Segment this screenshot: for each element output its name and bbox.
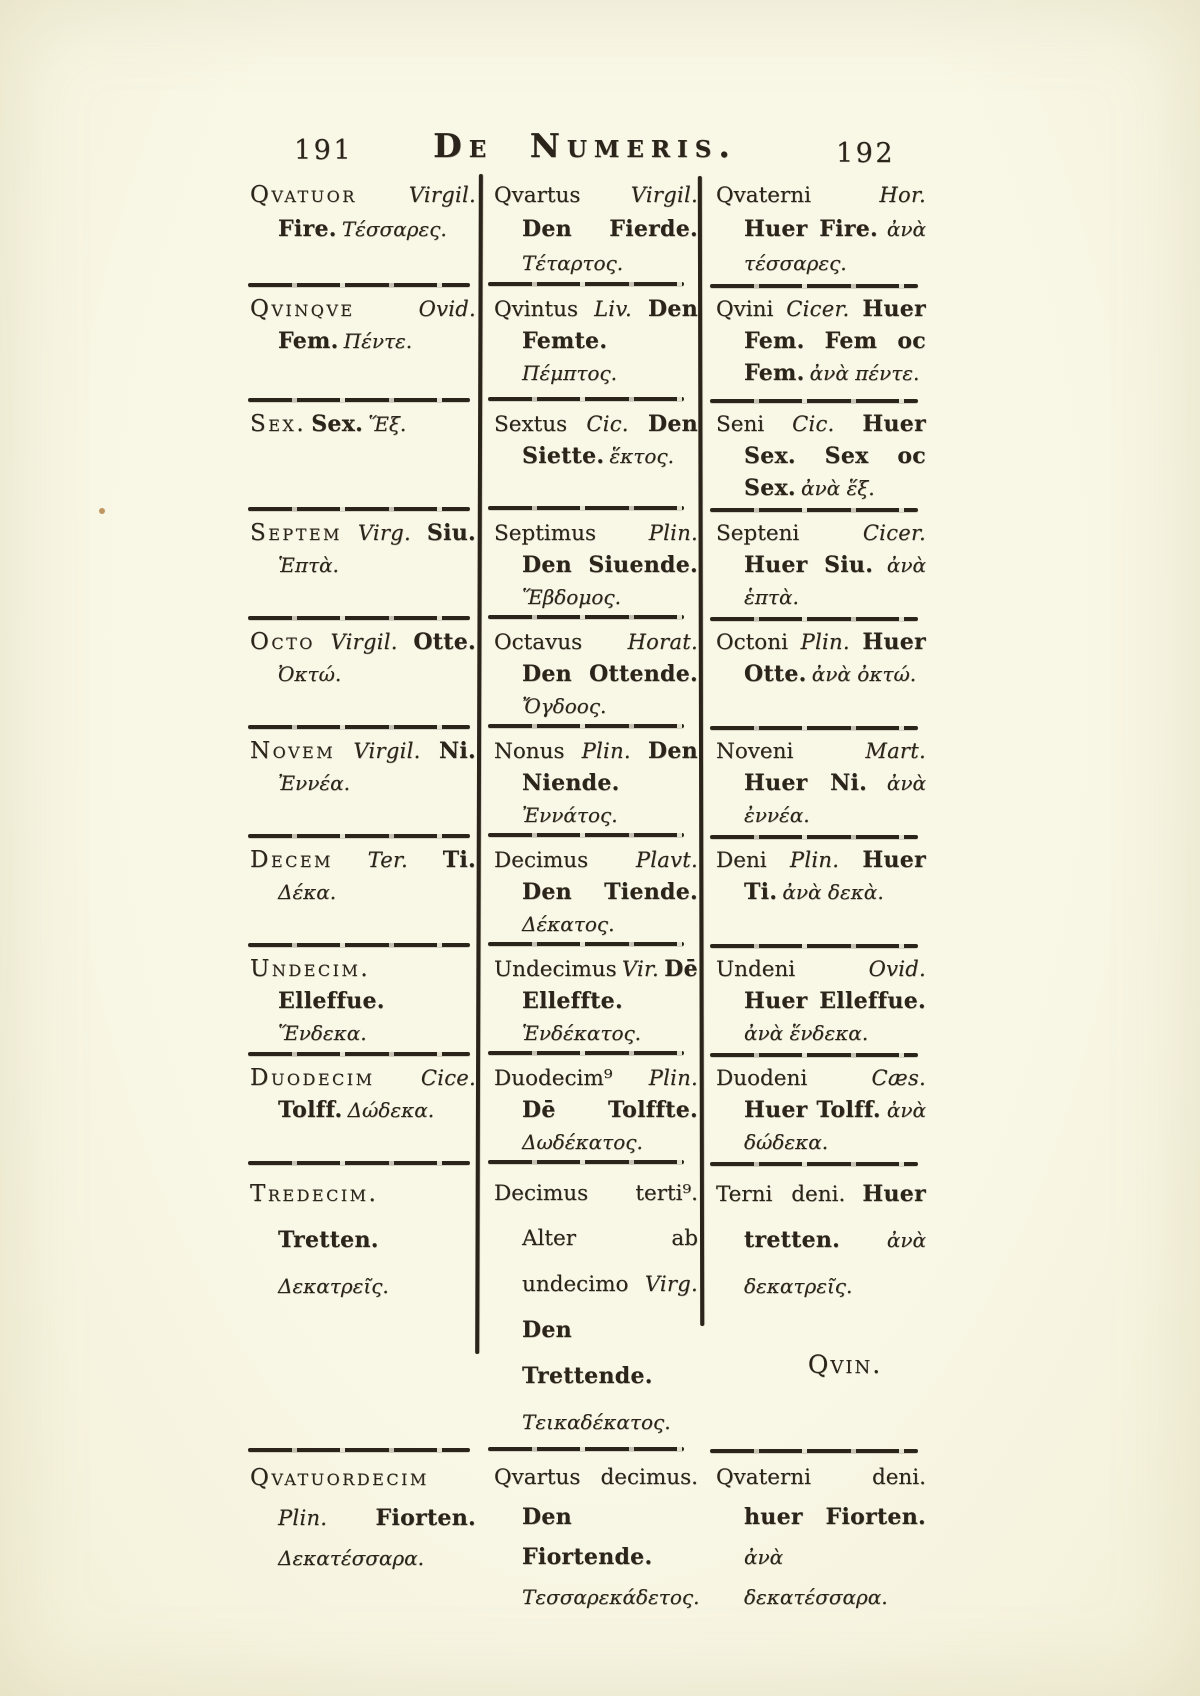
cell-text: Terni deni. Huer tretten. ἀνὰ δεκατρεῖς. xyxy=(716,1172,926,1310)
text-segment-rom: Octavus xyxy=(494,630,582,655)
text-segment-ital: Plin. xyxy=(649,521,698,545)
text-segment-frak: Fiorten. xyxy=(376,1505,476,1531)
text-segment-grk: Δεκατέσσαρα. xyxy=(278,1546,424,1570)
text-segment-ital: Cic. xyxy=(792,412,834,436)
text-segment-ital: Plin. xyxy=(649,1066,698,1090)
text-segment-ital: Ter. xyxy=(368,848,408,872)
table-row: Septem Virg. Siu. Ἑπτὰ. Septimus Plin. D… xyxy=(240,511,930,616)
table-cell: Undeni Ovid. Huer Elleffue. ἀνὰ ἕνδεκα. xyxy=(702,947,930,1052)
text-segment-lat: Octo xyxy=(250,629,315,655)
table-cell: Qvinqve Ovid. Fem. Πέντε. xyxy=(240,287,480,360)
text-segment-frak: Huer Ni. xyxy=(744,770,867,796)
table-cell: Noveni Mart. Huer Ni. ἀνὰ ἐννέα. xyxy=(702,729,930,834)
row-separator-segment xyxy=(710,399,918,402)
row-separator-segment xyxy=(488,282,684,285)
table-cell: Duodecim⁹ Plin. Dē Tolffte. Δωδέκατος. xyxy=(480,1056,702,1161)
table-cell: Qvatuordecim Plin. Fiorten. Δεκατέσσαρα. xyxy=(240,1452,480,1581)
table-cell: Septeni Cicer. Huer Siu. ἀνὰ ἑπτὰ. xyxy=(702,511,930,616)
table-row: Duodecim Cice. Tolff. Δώδεκα. Duodecim⁹ … xyxy=(240,1056,930,1161)
table-cell: Qvaterni Hor. Huer Fire. ἀνὰ τέσσαρες. xyxy=(702,172,930,283)
cell-text: Septimus Plin. Den Siuende. Ἕβδομος. xyxy=(494,518,698,614)
text-segment-lat: Qvatuor xyxy=(250,182,357,208)
text-segment-rom: Nonus xyxy=(494,739,564,764)
table-cell: Qvintus Liv. Den Femte. Πέμπτος. xyxy=(480,287,702,392)
table-cell: Tredecim. Tretten. Δεκατρεῖς. xyxy=(240,1165,480,1312)
text-segment-lat: Undecim. xyxy=(250,956,370,982)
table-cell: Sex. Sex. Ἕξ. xyxy=(240,402,480,443)
text-segment-ital: Liv. xyxy=(594,297,632,321)
cell-text: Octavus Horat. Den Ottende. Ὄγδοος. xyxy=(494,627,698,723)
text-segment-rom: Sextus xyxy=(494,412,567,437)
text-segment-grk: Δωδέκατος. xyxy=(522,1130,643,1154)
table-row: Qvinqve Ovid. Fem. Πέντε. Qvintus Liv. D… xyxy=(240,287,930,398)
text-segment-rom: Duodeni xyxy=(716,1066,807,1091)
text-segment-frak: Den Trettende. xyxy=(522,1317,653,1389)
text-segment-rom: Undeni xyxy=(716,957,795,982)
text-segment-rom: Octoni xyxy=(716,630,788,655)
table-cell: Octavus Horat. Den Ottende. Ὄγδοος. xyxy=(480,620,702,725)
text-segment-rom: Qvini xyxy=(716,297,773,322)
row-separator-segment xyxy=(710,508,918,511)
text-segment-grk: Ὀκτώ. xyxy=(278,662,341,686)
cell-text: Qvaterni Hor. Huer Fire. ἀνὰ τέσσαρες. xyxy=(716,179,926,281)
row-separator-segment xyxy=(710,617,918,620)
numerals-table: Qvatuor Virgil. Fire. Τέσσαρες. Qvartus … xyxy=(240,172,930,1620)
text-segment-frak: Den Siuende. xyxy=(522,552,698,578)
text-segment-rom: Deni xyxy=(716,848,767,873)
text-segment-grk: Ἑνδέκατος. xyxy=(522,1021,641,1045)
table-row: Decem Ter. Ti. Δέκα. Decimus Plavt. Den … xyxy=(240,838,930,943)
text-segment-frak: Huer Siu. xyxy=(744,552,873,578)
text-segment-ital: Plin. xyxy=(582,739,631,763)
row-separator-segment xyxy=(710,1053,918,1056)
text-segment-grk: Δεκατρεῖς. xyxy=(278,1274,389,1298)
row-separator-segment xyxy=(710,726,918,729)
text-segment-rom: Qvaterni deni. xyxy=(716,1465,926,1490)
text-segment-grk: Τεικαδέκατος. xyxy=(522,1410,671,1434)
cell-text: Deni Plin. Huer Ti. ἀνὰ δεκὰ. xyxy=(716,845,926,909)
table-cell: Sextus Cic. Den Siette. ἕκτος. xyxy=(480,402,702,475)
text-segment-lat: Novem xyxy=(250,738,335,764)
text-segment-frak: Den Tiende. xyxy=(522,879,698,905)
text-segment-ital: Ovid. xyxy=(869,957,926,981)
table-cell: Qvartus decimus. Den Fiortende. Τεσσαρεκ… xyxy=(480,1452,702,1620)
table-cell: Septimus Plin. Den Siuende. Ἕβδομος. xyxy=(480,511,702,616)
table-cell: Terni deni. Huer tretten. ἀνὰ δεκατρεῖς. xyxy=(702,1165,930,1312)
text-segment-grk: Δέκατος. xyxy=(522,912,614,936)
text-segment-ital: Cæs. xyxy=(872,1066,926,1090)
text-segment-ital: Cicer. xyxy=(786,297,849,321)
row-separator-segment xyxy=(488,724,684,727)
cell-text: Novem Virgil. Ni. Ἐννέα. xyxy=(250,736,476,800)
text-segment-ital: Virgil. xyxy=(353,739,420,763)
text-segment-grk: Τέταρτος. xyxy=(522,251,623,275)
cell-text: Noveni Mart. Huer Ni. ἀνὰ ἐννέα. xyxy=(716,736,926,832)
text-segment-rom: Qvintus xyxy=(494,297,578,322)
text-segment-frak: Fem. xyxy=(278,328,339,354)
text-segment-frak: Huer Elleffue. xyxy=(744,988,926,1014)
text-segment-frak: Den Fierde. xyxy=(522,216,698,242)
text-segment-lat: Sex. xyxy=(250,411,306,437)
text-segment-grk: Ἕβδομος. xyxy=(522,585,621,609)
text-segment-grk: Ἕξ. xyxy=(368,412,406,436)
table-cell: Novem Virgil. Ni. Ἐννέα. xyxy=(240,729,480,802)
text-segment-ital: Horat. xyxy=(628,630,698,654)
text-segment-rom: Decimus xyxy=(494,848,588,873)
catchword: Qvin. xyxy=(780,1350,910,1379)
row-separator-segment xyxy=(488,506,684,509)
cell-text: Nonus Plin. Den Niende. Ἐννάτος. xyxy=(494,736,698,832)
text-segment-grk: ἀνὰ πέντε. xyxy=(810,361,920,385)
text-segment-rom: Seni xyxy=(716,412,764,437)
cell-text: Qvaterni deni. huer Fiorten. ἀνὰ δεκατέσ… xyxy=(716,1459,926,1618)
table-cell: Qvaterni deni. huer Fiorten. ἀνὰ δεκατέσ… xyxy=(702,1452,930,1620)
text-segment-rom: Qvartus decimus. xyxy=(494,1465,698,1490)
text-segment-ital: Plavt. xyxy=(636,848,698,872)
text-segment-lat: Decem xyxy=(250,847,333,873)
text-segment-ital: Virgil. xyxy=(331,630,398,654)
text-segment-frak: Fire. xyxy=(278,216,337,242)
row-separator-segment xyxy=(710,1449,918,1452)
text-segment-frak: Elleffue. xyxy=(278,988,385,1014)
table-cell: Qvartus Virgil. Den Fierde. Τέταρτος. xyxy=(480,172,702,283)
cell-text: Octoni Plin. Huer Otte. ἀνὰ ὀκτώ. xyxy=(716,627,926,691)
text-segment-ital: Plin. xyxy=(278,1506,327,1530)
cell-text: Qvinqve Ovid. Fem. Πέντε. xyxy=(250,294,476,358)
table-cell: Octo Virgil. Otte. Ὀκτώ. xyxy=(240,620,480,693)
text-segment-grk: ἀνὰ ὀκτώ. xyxy=(812,662,916,686)
cell-text: Qvintus Liv. Den Femte. Πέμπτος. xyxy=(494,294,698,390)
text-segment-frak: Sex. xyxy=(311,411,363,437)
cell-text: Sextus Cic. Den Siette. ἕκτος. xyxy=(494,409,698,473)
text-segment-frak: Otte. xyxy=(413,629,476,655)
cell-text: Duodecim⁹ Plin. Dē Tolffte. Δωδέκατος. xyxy=(494,1063,698,1159)
cell-text: Qvartus decimus. Den Fiortende. Τεσσαρεκ… xyxy=(494,1459,698,1618)
table-rows: Qvatuor Virgil. Fire. Τέσσαρες. Qvartus … xyxy=(240,172,930,1620)
row-separator-segment xyxy=(710,284,918,287)
cell-text: Septeni Cicer. Huer Siu. ἀνὰ ἑπτὰ. xyxy=(716,518,926,614)
text-segment-ital: Mart. xyxy=(865,739,926,763)
text-segment-ital: Cice. xyxy=(421,1066,476,1090)
table-cell: Nonus Plin. Den Niende. Ἐννάτος. xyxy=(480,729,702,834)
table-row: Tredecim. Tretten. Δεκατρεῖς. Decimus te… xyxy=(240,1165,930,1448)
text-segment-grk: Δώδεκα. xyxy=(348,1098,435,1122)
text-segment-grk: Τέσσαρες. xyxy=(342,217,447,241)
page-title: De Numeris. xyxy=(433,126,737,165)
table-cell: Deni Plin. Huer Ti. ἀνὰ δεκὰ. xyxy=(702,838,930,911)
text-segment-frak: Dē Tolffte. xyxy=(522,1097,698,1123)
table-cell: Undecim. Elleffue. Ἕνδεκα. xyxy=(240,947,480,1052)
text-segment-rom: Undecimus xyxy=(494,957,617,982)
row-separator-segment xyxy=(488,615,684,618)
cell-text: Seni Cic. Huer Sex. Sex oc Sex. ἀνὰ ἕξ. xyxy=(716,409,926,505)
page-number-right: 192 xyxy=(836,138,895,169)
text-segment-ital: Ovid. xyxy=(419,297,476,321)
text-segment-ital: Virgil. xyxy=(409,183,476,207)
text-segment-lat: Qvatuordecim xyxy=(250,1465,429,1491)
cell-text: Decimus terti⁹. Alter ab undecimo Virg. … xyxy=(494,1172,698,1446)
table-row: Novem Virgil. Ni. Ἐννέα. Nonus Plin. Den… xyxy=(240,729,930,834)
text-segment-ital: Virg. xyxy=(645,1272,698,1296)
text-segment-frak: Tretten. xyxy=(278,1227,379,1253)
text-segment-frak: Ti. xyxy=(443,847,476,873)
text-segment-grk: Ἕνδεκα. xyxy=(278,1021,367,1045)
table-row: Qvatuor Virgil. Fire. Τέσσαρες. Qvartus … xyxy=(240,172,930,283)
table-cell: Septem Virg. Siu. Ἑπτὰ. xyxy=(240,511,480,584)
text-segment-grk: Πέντε. xyxy=(344,329,413,353)
text-segment-ital: Vir. xyxy=(622,957,659,981)
text-segment-ital: Hor. xyxy=(879,183,926,207)
table-row: Octo Virgil. Otte. Ὀκτώ. Octavus Horat. … xyxy=(240,620,930,725)
table-cell: Decem Ter. Ti. Δέκα. xyxy=(240,838,480,911)
row-separator-segment xyxy=(710,835,918,838)
table-cell: Octoni Plin. Huer Otte. ἀνὰ ὀκτώ. xyxy=(702,620,930,693)
text-segment-ital: Virgil. xyxy=(631,183,698,207)
cell-text: Undecim. Elleffue. Ἕνδεκα. xyxy=(250,954,476,1050)
cell-text: Qvatuordecim Plin. Fiorten. Δεκατέσσαρα. xyxy=(250,1459,476,1579)
text-segment-grk: ἀνὰ ἕξ. xyxy=(801,476,875,500)
cell-text: Duodecim Cice. Tolff. Δώδεκα. xyxy=(250,1063,476,1127)
table-row: Undecim. Elleffue. Ἕνδεκα. Undecimus Vir… xyxy=(240,947,930,1052)
text-segment-grk: Τεσσαρεκάδετος. xyxy=(522,1585,699,1609)
text-segment-ital: Plin. xyxy=(790,848,839,872)
text-segment-ital: Cic. xyxy=(586,412,628,436)
text-segment-ital: Cicer. xyxy=(863,521,926,545)
row-separator-segment xyxy=(488,833,684,836)
page-header: De Numeris. xyxy=(240,126,930,165)
text-segment-grk: ἀνὰ ἕνδεκα. xyxy=(744,1021,868,1045)
table-cell: Decimus terti⁹. Alter ab undecimo Virg. … xyxy=(480,1165,702,1448)
text-segment-frak: Den Ottende. xyxy=(522,661,698,687)
paper-speck xyxy=(99,508,105,514)
table-cell: Duodecim Cice. Tolff. Δώδεκα. xyxy=(240,1056,480,1129)
text-segment-frak: Ni. xyxy=(439,738,476,764)
cell-text: Decem Ter. Ti. Δέκα. xyxy=(250,845,476,909)
text-segment-rom: Qvaterni xyxy=(716,183,811,208)
text-segment-frak: huer Fiorten. xyxy=(744,1504,926,1530)
text-segment-frak: Huer Tolff. xyxy=(744,1097,881,1123)
table-cell: Decimus Plavt. Den Tiende. Δέκατος. xyxy=(480,838,702,943)
text-segment-grk: ἀνὰ δεκατέσσαρα. xyxy=(744,1545,888,1609)
text-segment-rom: Noveni xyxy=(716,739,793,764)
cell-text: Sex. Sex. Ἕξ. xyxy=(250,409,476,441)
table-row: Qvatuordecim Plin. Fiorten. Δεκατέσσαρα.… xyxy=(240,1452,930,1620)
text-segment-frak: Den Fiortende. xyxy=(522,1504,652,1570)
text-segment-grk: Δέκα. xyxy=(278,880,336,904)
table-cell: Qvatuor Virgil. Fire. Τέσσαρες. xyxy=(240,172,480,249)
text-segment-rom: Terni deni. xyxy=(716,1182,845,1207)
cell-text: Tredecim. Tretten. Δεκατρεῖς. xyxy=(250,1172,476,1310)
text-segment-grk: Ἐννάτος. xyxy=(522,803,618,827)
text-segment-lat: Tredecim. xyxy=(250,1181,378,1207)
text-segment-grk: ἀνὰ δεκὰ. xyxy=(782,880,883,904)
cell-text: Octo Virgil. Otte. Ὀκτώ. xyxy=(250,627,476,691)
row-separator-segment xyxy=(488,1160,684,1163)
cell-text: Decimus Plavt. Den Tiende. Δέκατος. xyxy=(494,845,698,941)
text-segment-frak: Huer Fire. xyxy=(744,216,878,242)
text-segment-ital: Virg. xyxy=(358,521,411,545)
row-separator-segment xyxy=(710,1162,918,1165)
cell-text: Duodeni Cæs. Huer Tolff. ἀνὰ δώδεκα. xyxy=(716,1063,926,1159)
book-page: 191 De Numeris. 192 Qvatuor Virgil. Fire… xyxy=(0,0,1200,1696)
cell-text: Undeni Ovid. Huer Elleffue. ἀνὰ ἕνδεκα. xyxy=(716,954,926,1050)
text-segment-grk: Ὄγδοος. xyxy=(522,694,606,718)
table-cell: Seni Cic. Huer Sex. Sex oc Sex. ἀνὰ ἕξ. xyxy=(702,402,930,507)
text-segment-lat: Septem xyxy=(250,520,342,546)
cell-text: Septem Virg. Siu. Ἑπτὰ. xyxy=(250,518,476,582)
text-segment-grk: Ἐννέα. xyxy=(278,771,350,795)
text-segment-lat: Duodecim xyxy=(250,1065,375,1091)
row-separator-segment xyxy=(488,1051,684,1054)
text-segment-rom: Septeni xyxy=(716,521,799,546)
text-segment-grk: Πέμπτος. xyxy=(522,361,617,385)
text-segment-frak: Siu. xyxy=(427,520,476,546)
text-segment-rom: Qvartus xyxy=(494,183,580,208)
text-segment-grk: ἕκτος. xyxy=(609,444,674,468)
cell-text: Qvartus Virgil. Den Fierde. Τέταρτος. xyxy=(494,179,698,281)
cell-text: Qvatuor Virgil. Fire. Τέσσαρες. xyxy=(250,179,476,247)
text-segment-ital: Plin. xyxy=(801,630,850,654)
cell-text: Qvini Cicer. Huer Fem. Fem oc Fem. ἀνὰ π… xyxy=(716,294,926,390)
table-row: Sex. Sex. Ἕξ. Sextus Cic. Den Siette. ἕκ… xyxy=(240,402,930,507)
row-separator-segment xyxy=(710,944,918,947)
row-separator-segment xyxy=(488,942,684,945)
text-segment-frak: Tolff. xyxy=(278,1097,342,1123)
row-separator-segment xyxy=(488,1447,684,1450)
table-cell: Duodeni Cæs. Huer Tolff. ἀνὰ δώδεκα. xyxy=(702,1056,930,1161)
table-cell: Qvini Cicer. Huer Fem. Fem oc Fem. ἀνὰ π… xyxy=(702,287,930,392)
text-segment-lat: Qvinqve xyxy=(250,296,355,322)
table-cell: Undecimus Vir. Dē Elleffte. Ἑνδέκατος. xyxy=(480,947,702,1052)
row-separator-segment xyxy=(488,397,684,400)
text-segment-rom: Duodecim⁹ xyxy=(494,1066,612,1091)
text-segment-rom: Septimus xyxy=(494,521,596,546)
text-segment-grk: Ἑπτὰ. xyxy=(278,553,339,577)
cell-text: Undecimus Vir. Dē Elleffte. Ἑνδέκατος. xyxy=(494,954,698,1050)
